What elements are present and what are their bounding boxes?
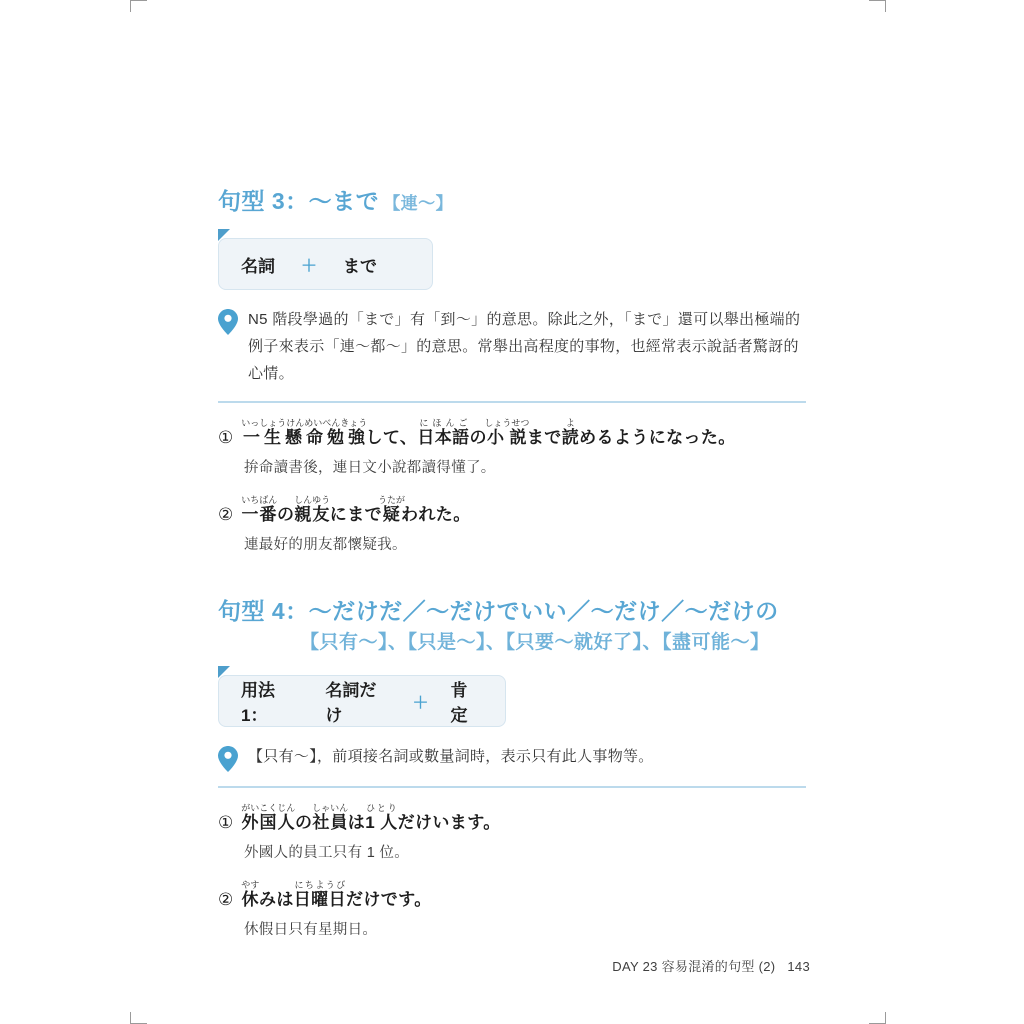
- corner-fold-icon: [218, 229, 230, 241]
- chinese-translation: 休假日只有星期日。: [244, 920, 806, 940]
- plus-sign: ＋: [412, 690, 428, 713]
- plus-sign: ＋: [301, 253, 317, 276]
- footer-page-number: 143: [787, 959, 810, 974]
- map-pin-icon: [218, 746, 238, 772]
- corner-fold-icon: [218, 666, 230, 678]
- pattern-3-meaning: 【連〜】: [383, 194, 453, 213]
- example-number: ②: [218, 504, 233, 526]
- usage-note-pattern-3: N5 階段學過的「まで」有「到〜」的意思。除此之外，「まで」還可以舉出極端的例子…: [218, 306, 806, 387]
- usage-note-text: N5 階段學過的「まで」有「到〜」的意思。除此之外，「まで」還可以舉出極端的例子…: [248, 306, 806, 387]
- formula-left: 名詞だけ: [325, 676, 390, 726]
- formula-usage-label: 用法 1：: [241, 676, 303, 726]
- pattern-3-title: 句型 3：〜まで【連〜】: [218, 186, 806, 219]
- page-footer: DAY 23 容易混淆的句型 (2) 143: [612, 956, 810, 975]
- example-item: ②休やすみは日曜日にちようびだけです。休假日只有星期日。: [218, 880, 806, 940]
- pattern-4-meanings: 【只有〜】、【只是〜】、【只要〜就好了】、【盡可能〜】: [300, 631, 806, 655]
- example-number: ②: [218, 889, 233, 911]
- usage-note-text: 【只有〜】，前項接名詞或數量詞時，表示只有此人事物等。: [248, 743, 654, 772]
- chinese-translation: 拚命讀書後，連日文小說都讀得懂了。: [244, 458, 806, 478]
- chinese-translation: 連最好的朋友都懷疑我。: [244, 535, 806, 555]
- map-pin-icon: [218, 309, 238, 387]
- trim-mark-top-left: [130, 0, 147, 12]
- japanese-sentence: 休やすみは日曜日にちようびだけです。: [241, 880, 431, 911]
- examples-pattern-3: ①一生懸命勉強いっしょうけんめいべんきょうして、日本語にほんごの小説しょうせつま…: [218, 416, 806, 555]
- example-number: ①: [218, 427, 233, 449]
- pattern-3-title-text: 句型 3：〜まで: [218, 188, 379, 214]
- trim-mark-bottom-left: [130, 1012, 147, 1024]
- trim-mark-bottom-right: [869, 1012, 886, 1024]
- formula-left: 名詞: [241, 252, 275, 277]
- example-number: ①: [218, 812, 233, 834]
- chinese-translation: 外國人的員工只有 1 位。: [244, 843, 806, 863]
- section-pattern-4: 句型 4：〜だけだ／〜だけでいい／〜だけ／〜だけの 【只有〜】、【只是〜】、【只…: [218, 596, 806, 940]
- formula-right: まで: [343, 252, 377, 277]
- formula-right: 肯定: [450, 676, 483, 726]
- section-divider: [218, 786, 806, 788]
- formula-box-pattern-4: 用法 1： 名詞だけ ＋ 肯定: [218, 675, 506, 727]
- example-item: ①外国人がいこくじんの社員しゃいんは1 人ひとりだけいます。外國人的員工只有 1…: [218, 803, 806, 863]
- japanese-sentence: 外国人がいこくじんの社員しゃいんは1 人ひとりだけいます。: [241, 803, 500, 834]
- formula-box-pattern-3: 名詞 ＋ まで: [218, 238, 433, 290]
- page-content: 句型 3：〜まで【連〜】 名詞 ＋ まで N5 階段學過的「まで」有「到〜」的意…: [218, 186, 806, 957]
- pattern-4-title: 句型 4：〜だけだ／〜だけでいい／〜だけ／〜だけの: [218, 596, 806, 626]
- examples-pattern-4: ①外国人がいこくじんの社員しゃいんは1 人ひとりだけいます。外國人的員工只有 1…: [218, 801, 806, 940]
- example-item: ②一番いちばんの親友しんゆうにまで疑うたがわれた。連最好的朋友都懷疑我。: [218, 495, 806, 555]
- usage-note-pattern-4: 【只有〜】，前項接名詞或數量詞時，表示只有此人事物等。: [218, 743, 806, 772]
- section-divider: [218, 401, 806, 403]
- example-item: ①一生懸命勉強いっしょうけんめいべんきょうして、日本語にほんごの小説しょうせつま…: [218, 418, 806, 478]
- japanese-sentence: 一生懸命勉強いっしょうけんめいべんきょうして、日本語にほんごの小説しょうせつまで…: [241, 418, 735, 449]
- footer-chapter-label: DAY 23 容易混淆的句型 (2): [612, 956, 775, 975]
- japanese-sentence: 一番いちばんの親友しんゆうにまで疑うたがわれた。: [241, 495, 470, 526]
- trim-mark-top-right: [869, 0, 886, 12]
- pattern-4-title-text: 句型 4：〜だけだ／〜だけでいい／〜だけ／〜だけの: [218, 598, 779, 624]
- section-pattern-3: 句型 3：〜まで【連〜】 名詞 ＋ まで N5 階段學過的「まで」有「到〜」的意…: [218, 186, 806, 555]
